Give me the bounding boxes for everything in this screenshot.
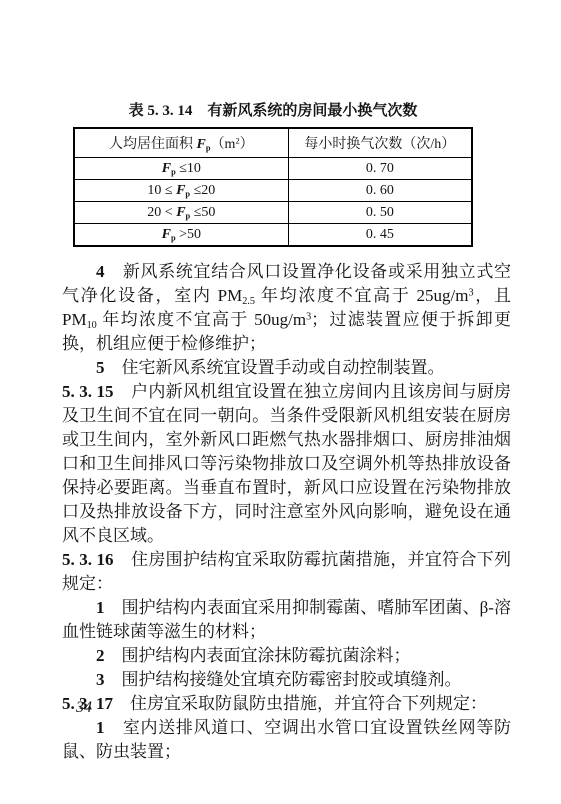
cell-air-change-value: 0. 50 bbox=[288, 202, 472, 224]
clause-5-3-14-item-4: 4 新风系统宜结合风口设置净化设备或采用独立式空气净化设备，室内 PM2.5 年… bbox=[62, 260, 511, 356]
header-living-area-per-person: 人均居住面积 Fp（m2） bbox=[74, 128, 288, 158]
table-row: Fp ≤10 0. 70 bbox=[74, 158, 472, 180]
cell-area-condition: 10 ≤ Fp ≤20 bbox=[74, 180, 288, 202]
cell-air-change-value: 0. 45 bbox=[288, 224, 472, 247]
page-number: 34 bbox=[76, 699, 92, 717]
clause-5-3-14-item-5: 5 住宅新风系统宜设置手动或自动控制装置。 bbox=[62, 356, 511, 380]
header-air-changes-per-hour: 每小时换气次数（次/h） bbox=[288, 128, 472, 158]
table-caption: 表 5. 3. 14 有新风系统的房间最小换气次数 bbox=[73, 102, 473, 120]
cell-air-change-value: 0. 60 bbox=[288, 180, 472, 202]
clause-5-3-15: 5. 3. 15 户内新风机组宜设置在独立房间内且该房间与厨房及卫生间不宜在同一… bbox=[62, 380, 511, 548]
table-row: 10 ≤ Fp ≤20 0. 60 bbox=[74, 180, 472, 202]
document-page: 表 5. 3. 14 有新风系统的房间最小换气次数 人均居住面积 Fp（m2） … bbox=[0, 0, 561, 804]
cell-air-change-value: 0. 70 bbox=[288, 158, 472, 180]
clause-5-3-16-item-1: 1 围护结构内表面宜采用抑制霉菌、嗜肺军团菌、β-溶血性链球菌等滋生的材料； bbox=[62, 596, 511, 644]
min-air-change-table: 人均居住面积 Fp（m2） 每小时换气次数（次/h） Fp ≤10 0. 70 … bbox=[73, 127, 473, 247]
clause-5-3-16: 5. 3. 16 住房围护结构宜采取防霉抗菌措施，并宜符合下列规定： bbox=[62, 548, 511, 596]
table-row: Fp >50 0. 45 bbox=[74, 224, 472, 247]
clause-5-3-16-item-2: 2 围护结构内表面宜涂抹防霉抗菌涂料； bbox=[62, 644, 511, 668]
clause-5-3-17-item-1: 1 室内送排风道口、空调出水管口宜设置铁丝网等防鼠、防虫装置； bbox=[62, 716, 511, 764]
clause-text-block: 4 新风系统宜结合风口设置净化设备或采用独立式空气净化设备，室内 PM2.5 年… bbox=[62, 260, 511, 764]
clause-5-3-16-item-3: 3 围护结构接缝处宜填充防霉密封胶或填缝剂。 bbox=[62, 668, 511, 692]
table-row: 20 < Fp ≤50 0. 50 bbox=[74, 202, 472, 224]
cell-area-condition: Fp >50 bbox=[74, 224, 288, 247]
cell-area-condition: Fp ≤10 bbox=[74, 158, 288, 180]
clause-5-3-17: 5. 3. 17 住房宜采取防鼠防虫措施，并宜符合下列规定： bbox=[62, 692, 511, 716]
cell-area-condition: 20 < Fp ≤50 bbox=[74, 202, 288, 224]
table-header-row: 人均居住面积 Fp（m2） 每小时换气次数（次/h） bbox=[74, 128, 472, 158]
